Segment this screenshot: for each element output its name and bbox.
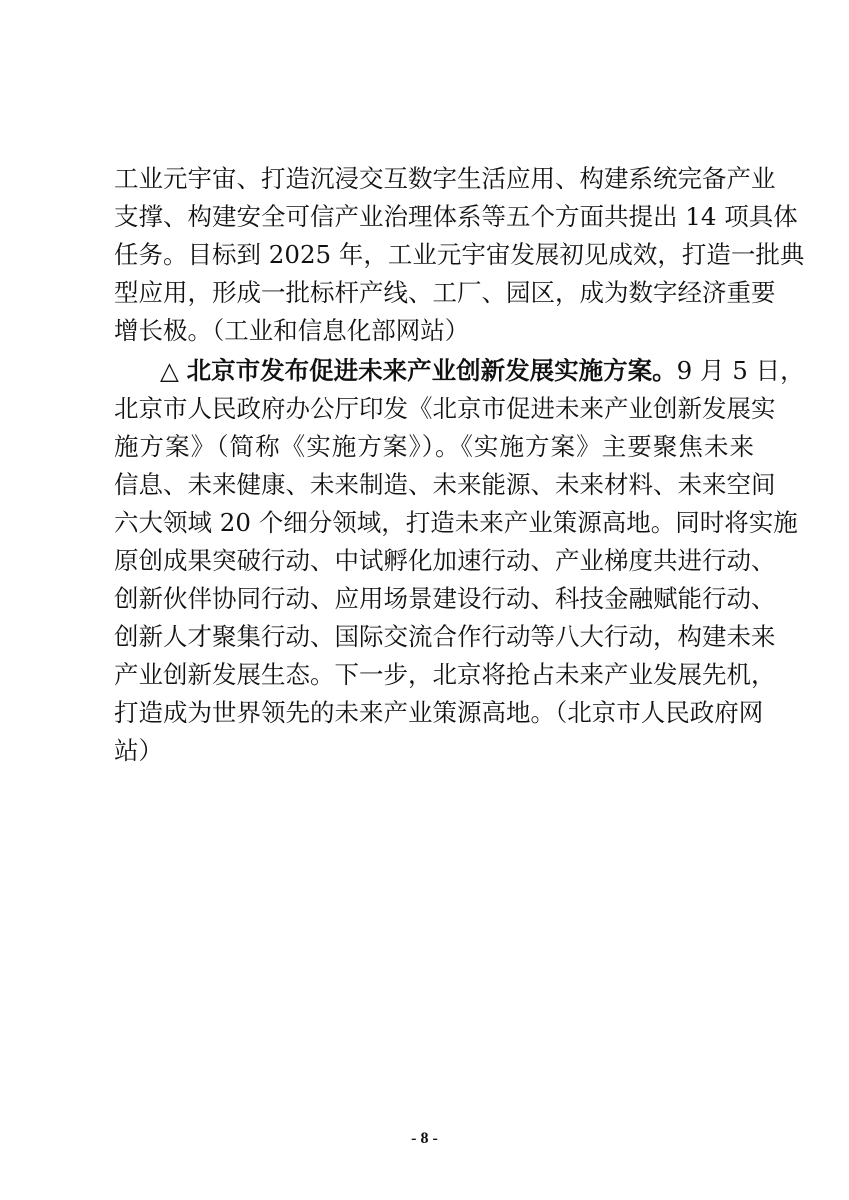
headline-date: 9 月 5 日， (677, 356, 805, 385)
text-line: 创新伙伴协同行动、应用场景建设行动、科技金融赋能行动、 (114, 580, 754, 618)
text-line: 增长极。（工业和信息化部网站） (114, 312, 754, 350)
text-line: 原创成果突破行动、中试孵化加速行动、产业梯度共进行动、 (114, 542, 754, 580)
text-line: 信息、未来健康、未来制造、未来能源、未来材料、未来空间 (114, 466, 754, 504)
text-line: 打造成为世界领先的未来产业策源高地。（北京市人民政府网 (114, 694, 754, 732)
text-line: 工业元宇宙、打造沉浸交互数字生活应用、构建系统完备产业 (114, 160, 754, 198)
document-page: 工业元宇宙、打造沉浸交互数字生活应用、构建系统完备产业 支撑、构建安全可信产业治… (0, 0, 849, 1200)
text-line: 型应用，形成一批标杆产线、工厂、园区，成为数字经济重要 (114, 274, 754, 312)
text-line: 站） (114, 732, 754, 770)
text-line: 任务。目标到 2025 年，工业元宇宙发展初见成效，打造一批典 (114, 236, 754, 274)
page-number: - 8 - (0, 1130, 849, 1148)
text-line: 施方案》（简称《实施方案》）。《实施方案》主要聚焦未来 (114, 428, 754, 466)
text-line: 六大领域 20 个细分领域，打造未来产业策源高地。同时将实施 (114, 504, 754, 542)
text-line: 创新人才聚集行动、国际交流合作行动等八大行动，构建未来 (114, 618, 754, 656)
triangle-bullet-icon: △ (160, 356, 179, 385)
news-headline: 北京市发布促进未来产业创新发展实施方案。 (187, 356, 677, 385)
headline-line: △ 北京市发布促进未来产业创新发展实施方案。9 月 5 日， (160, 352, 754, 390)
text-line: 北京市人民政府办公厅印发《北京市促进未来产业创新发展实 (114, 390, 754, 428)
text-line: 产业创新发展生态。下一步，北京将抢占未来产业发展先机， (114, 656, 754, 694)
text-line: 支撑、构建安全可信产业治理体系等五个方面共提出 14 项具体 (114, 198, 754, 236)
